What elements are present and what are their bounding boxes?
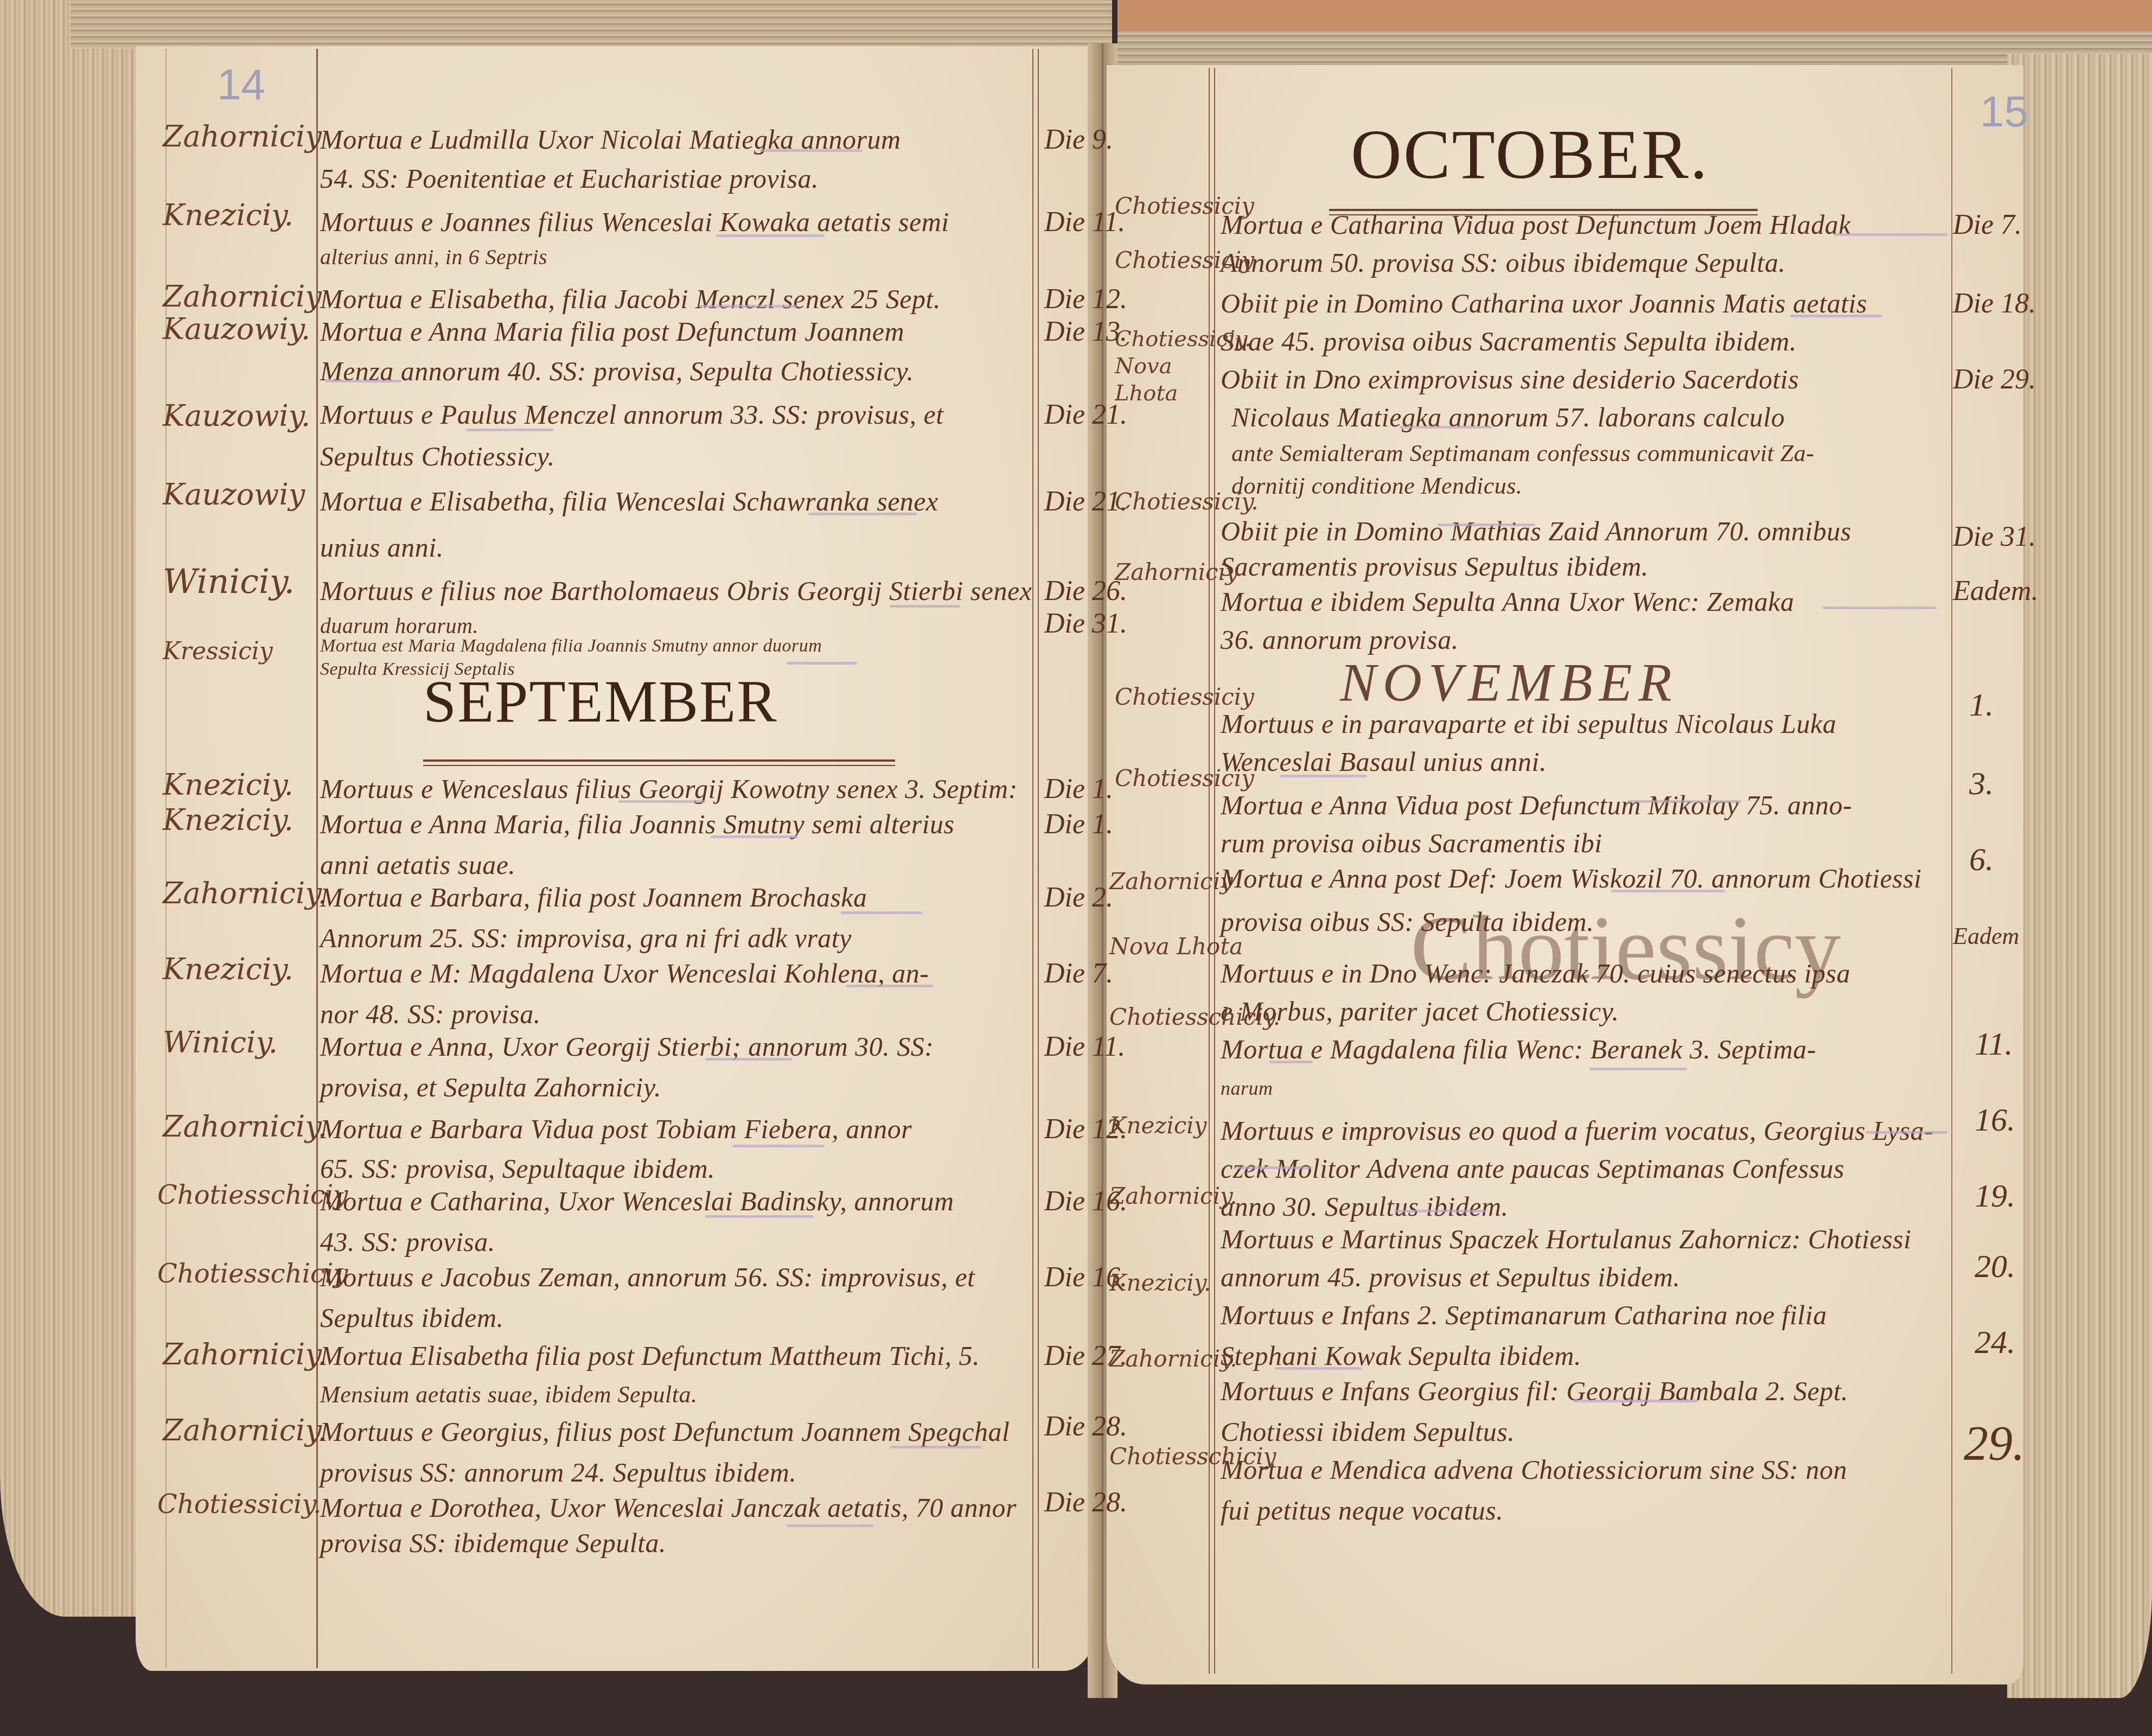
month-heading-november: NOVEMBER (1340, 651, 1678, 713)
entry-date: Die 1. (1044, 808, 1113, 840)
entry-place: Kneziciy (1109, 1112, 1207, 1139)
entry-text-line: Mortua e Dorothea, Uxor Wenceslai Jancza… (320, 1492, 1017, 1523)
entry-place: Kauzowiy. (163, 399, 310, 433)
top-page-edges-right (1117, 31, 2152, 69)
entry-place: Kneziciy. (163, 803, 293, 837)
entry-place: Zahorniciy. (1109, 1183, 1237, 1209)
entry-text-line: Mortuus e Infans 2. Septimanarum Cathari… (1221, 1299, 1827, 1331)
surname-underline (1611, 890, 1725, 892)
surname-underline (1866, 1131, 1947, 1134)
entry-text-line: Mortuus e Joannes filius Wenceslai Kowak… (320, 206, 949, 238)
entry-text-line: ante Semialteram Septimanam confessus co… (1231, 439, 1814, 467)
entry-date: Die 18. (1953, 288, 2036, 320)
entry-date: 3. (1969, 765, 1994, 802)
entry-text-line: provisa SS: ibidemque Sepulta. (320, 1527, 666, 1559)
top-page-edges-left (71, 0, 1112, 49)
entry-place: Chotiesschiciy (157, 1180, 348, 1210)
entry-place: Zahorniciy. (163, 1337, 327, 1371)
surname-underline (787, 1524, 873, 1527)
entry-text-line: nor 48. SS: provisa. (320, 998, 541, 1030)
entry-date: Die 28. (1044, 1486, 1127, 1518)
entry-place: Chotiesschiciy. (1109, 1004, 1280, 1030)
page-number-right: 15 (1980, 87, 2028, 137)
entry-date: Die 11. (1044, 1031, 1125, 1063)
surname-underline (1823, 607, 1937, 609)
entry-text-line: Mortua e Anna Vidua post Defunctum Mikol… (1221, 789, 1852, 821)
entry-text-line: Mortuus e Paulus Menczel annorum 33. SS:… (320, 399, 944, 430)
entry-date: 24. (1975, 1324, 2015, 1361)
entry-text-line: Mortua e ibidem Sepulta Anna Uxor Wenc: … (1221, 586, 1795, 617)
entry-text-line: Menza annorum 40. SS: provisa, Sepulta C… (320, 355, 914, 387)
surname-underline (1790, 315, 1882, 317)
entry-text-line: Mortua e Anna, Uxor Georgij Stierbi; ann… (320, 1031, 934, 1062)
entry-text-line: provisus SS: annorum 24. Sepultus ibidem… (320, 1457, 796, 1488)
surname-underline (808, 513, 917, 515)
surname-underline (467, 429, 553, 431)
entry-place: Zahorniciy. (1109, 1345, 1237, 1372)
entry-text-line: Mortuus e Martinus Spaczek Hortulanus Za… (1221, 1223, 1911, 1255)
entry-date: 19. (1975, 1177, 2015, 1215)
surname-underline (759, 149, 863, 152)
entry-text-line: Sacramentis provisus Sepultus ibidem. (1221, 551, 1649, 582)
surname-underline (705, 1215, 814, 1218)
entry-text-line: Annorum 50. provisa SS: oibus ibidemque … (1221, 247, 1786, 278)
entry-text-line: Annorum 25. SS: improvisa, gra ni fri ad… (320, 922, 852, 954)
surname-underline (787, 662, 857, 665)
entry-text-line: Mortua e Anna post Def: Joem Wiskozil 70… (1221, 863, 1921, 894)
surname-underline (846, 985, 933, 987)
entry-date: 29. (1964, 1416, 2025, 1472)
entry-text-line: rum provisa oibus Sacramentis ibi (1221, 827, 1602, 859)
entry-place: Nova Lhota (1109, 933, 1243, 960)
entry-text-line: Mortua e M: Magdalena Uxor Wenceslai Koh… (320, 958, 929, 989)
entry-date: 6. (1969, 841, 1994, 878)
entry-date: Die 12. (1044, 283, 1127, 315)
surname-underline (705, 1058, 792, 1061)
entry-date: Eadem. (1953, 575, 2038, 607)
book-cover-top (1117, 0, 2152, 33)
surname-underline (1438, 524, 1535, 526)
entry-text-line: provisa, et Sepulta Zahorniciy. (320, 1071, 661, 1103)
entry-place: Zahorniciy. (163, 876, 327, 910)
page-number-left: 14 (217, 60, 265, 110)
entry-date: 1. (1969, 686, 1994, 724)
entry-text-line: Wenceslai Basaul unius anni. (1221, 746, 1547, 777)
entry-text-line: 54. SS: Poenitentiae et Eucharistiae pro… (320, 163, 819, 194)
entry-text-line: Mortua est Maria Magdalena filia Joannis… (320, 636, 822, 656)
entry-place: Chotiessiciy. (157, 1489, 321, 1520)
month-heading-underline-2 (423, 765, 895, 766)
entry-place: Chotiessiciy (1115, 765, 1254, 792)
surname-underline (841, 911, 922, 914)
entry-text-line: Sepultus ibidem. (320, 1302, 504, 1333)
entry-text-line: anno 30. Sepultus ibidem. (1221, 1191, 1509, 1222)
entry-text-line: Mortua Elisabetha filia post Defunctum M… (320, 1340, 980, 1371)
entry-text-line: Mortuus e Georgius, filius post Defunctu… (320, 1416, 1010, 1447)
entry-date: Die 7. (1044, 958, 1113, 990)
surname-underline (1627, 800, 1741, 803)
entry-text-line: Mortuus e in Dno Wenc: Janczak 70. cuius… (1221, 958, 1850, 989)
entry-date: 20. (1975, 1248, 2015, 1285)
entry-text-line: Obiit pie in Domino Catharina uxor Joann… (1221, 288, 1867, 319)
entry-text-line: Mortua e Catharina, Uxor Wenceslai Badin… (320, 1185, 954, 1217)
right-date-column-rule (1951, 68, 1952, 1674)
entry-place: Winiciy. (163, 1025, 278, 1060)
entry-place: Winiciy. (163, 561, 295, 601)
entry-text-line: czek Molitor Advena ante paucas Septiman… (1221, 1153, 1844, 1184)
entry-place: Zahorniciy. (163, 1413, 327, 1447)
entry-text-line: Mortuus e Infans Georgius fil: Georgij B… (1221, 1375, 1848, 1407)
entry-text-line: 65. SS: provisa, Sepultaque ibidem. (320, 1153, 715, 1184)
entry-place: Kneziciy. (163, 768, 293, 802)
entry-date: 11. (1975, 1025, 2013, 1063)
entry-text-line: 43. SS: provisa. (320, 1226, 495, 1258)
entry-text-line: fui petitus neque vocatus. (1221, 1495, 1503, 1526)
entry-place: Chotiesschiciy (157, 1259, 348, 1289)
entry-date: Die 1. (1044, 773, 1113, 805)
surname-underline (1275, 1367, 1362, 1370)
entry-text-line: alterius anni, in 6 Septris (320, 244, 547, 270)
entry-text-line: Mensium aetatis suae, ibidem Sepulta. (320, 1381, 698, 1408)
entry-place: Zahorniciy (1109, 868, 1233, 895)
entry-text-line: Mortua e Elisabetha, filia Jacobi Menczl… (320, 283, 941, 315)
entry-place: Kauzowiy (163, 477, 305, 512)
entry-text-line: narum (1221, 1077, 1273, 1100)
month-heading-october: OCTOBER. (1351, 114, 1709, 195)
entry-text-line: Mortua e Catharina Vidua post Defunctum … (1221, 209, 1851, 240)
entry-text-line: Sepultus Chotiessicy. (320, 441, 555, 472)
entry-text-line: anni aetatis suae. (320, 849, 515, 880)
surname-underline (1280, 775, 1367, 777)
month-heading-september: SEPTEMBER (423, 667, 778, 736)
entry-text-line: Mortuus e in paravaparte et ibi sepultus… (1221, 708, 1836, 739)
surname-underline (1269, 1061, 1313, 1063)
entry-text-line: Mortua e Barbara, filia post Joannem Bro… (320, 882, 867, 913)
surname-underline (716, 234, 825, 237)
surname-underline (618, 800, 705, 803)
entry-place: Kressiciy (163, 637, 273, 665)
entry-place: Zahorniciy (1115, 559, 1238, 585)
entry-text-line: unius anni. (320, 532, 444, 563)
entry-text-line: Mortuus e filius noe Bartholomaeus Obris… (320, 575, 1032, 607)
surname-underline (1573, 1400, 1698, 1402)
entry-text-line: Suae 45. provisa oibus Sacramentis Sepul… (1221, 325, 1797, 357)
surname-underline (325, 380, 401, 382)
entry-text-line: Mortuus e improvisus eo quod a fuerim vo… (1221, 1115, 1933, 1146)
surname-underline (1400, 426, 1492, 429)
entry-date: Die 11. (1044, 206, 1125, 238)
surname-underline (1237, 1166, 1313, 1169)
entry-text-line: Nicolaus Matiegka annorum 57. laborans c… (1231, 401, 1785, 433)
entry-date: 16. (1975, 1101, 2015, 1139)
surname-underline (890, 605, 960, 608)
left-date-column-rule-1 (1032, 49, 1033, 1668)
entry-place: Zahorniciy (163, 119, 322, 154)
entry-place: Kauzowiy. (163, 312, 310, 346)
entry-text-line: duarum horarum. (320, 613, 478, 639)
surname-underline (732, 1145, 825, 1147)
surname-underline (700, 305, 797, 308)
entry-text-line: Obiit pie in Domino Mathias Zaid Annorum… (1221, 515, 1851, 547)
entry-date: Die 7. (1953, 209, 2022, 241)
entry-place: Zahorniciy (163, 279, 322, 314)
entry-date: Die 31. (1953, 521, 2036, 553)
entry-place: Chotiessiciy. (1115, 488, 1259, 515)
month-heading-underline (423, 759, 895, 762)
entry-text-line: provisa oibus SS: Sepulta ibidem. (1221, 906, 1594, 937)
entry-date: Die 28. (1044, 1410, 1127, 1443)
entry-place: Zahorniciy. (163, 1109, 327, 1144)
entry-text-line: Mortua e Barbara Vidua post Tobiam Fiebe… (320, 1113, 912, 1145)
entry-date: Die 2. (1044, 882, 1113, 914)
entry-date: Die 31. (1044, 608, 1127, 640)
entry-date: Eadem (1953, 922, 2019, 950)
entry-place: Chotiessiciy. Nova Lhota (1115, 325, 1212, 407)
entry-text-line: Mortua e Anna Maria, filia Joannis Smutn… (320, 808, 955, 840)
entry-date: Die 29. (1953, 363, 2036, 395)
surname-underline (711, 835, 797, 838)
entry-text-line: Mortua e Anna Maria filia post Defunctum… (320, 316, 904, 347)
entry-place: Chotiessiciy (1115, 684, 1254, 710)
entry-place: Kneziciy. (163, 952, 293, 986)
entry-date: Die 9. (1044, 124, 1113, 156)
entry-text-line: Mortua e Mendica advena Chotiessiciorum … (1221, 1454, 1847, 1485)
entry-text-line: annorum 45. provisus et Sepultus ibidem. (1221, 1261, 1680, 1293)
surname-underline (1394, 1210, 1486, 1212)
surname-underline (890, 1446, 982, 1448)
surname-underline (1834, 233, 1947, 236)
left-date-column-rule-2 (1038, 49, 1039, 1668)
surname-underline (1589, 1068, 1687, 1070)
entry-place: Kneziciy. (163, 198, 293, 232)
entry-place: Chotiessiciy (1115, 247, 1254, 273)
entry-text-line: Mortuus e Jacobus Zeman, annorum 56. SS:… (320, 1261, 975, 1293)
entry-text-line: dornitij conditione Mendicus. (1231, 472, 1522, 500)
entry-text-line: Obiit in Dno eximprovisus sine desiderio… (1221, 363, 1799, 395)
entry-text-line: Stephani Kowak Sepulta ibidem. (1221, 1340, 1581, 1371)
entry-place: Kneziciy. (1109, 1269, 1211, 1296)
